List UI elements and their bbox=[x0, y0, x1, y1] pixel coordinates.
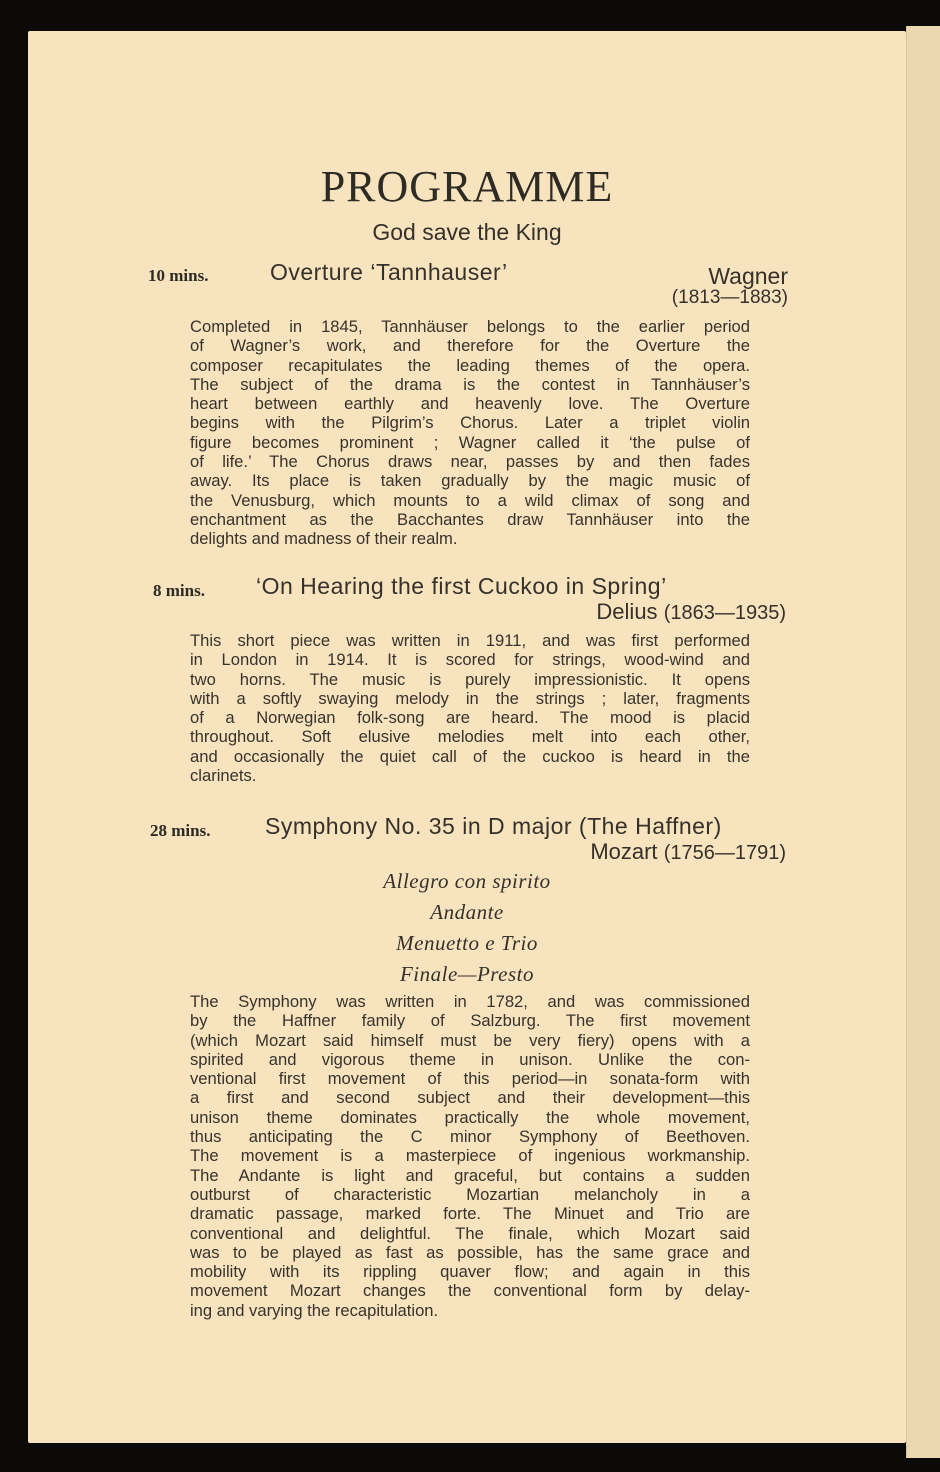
work-title: Symphony No. 35 in D major (The Haffner) bbox=[265, 813, 722, 840]
composer-with-dates: Mozart (1756—1791) bbox=[590, 839, 786, 865]
text-line: of a Norwegian folk-song are heard. The … bbox=[190, 708, 750, 727]
text-line: unison theme dominates practically the w… bbox=[190, 1108, 750, 1127]
description: The Symphony was written in 1782, and wa… bbox=[190, 992, 750, 1320]
text-line: mobility with its rippling quaver flow; … bbox=[190, 1262, 750, 1281]
text-line: was to be played as fast as possible, ha… bbox=[190, 1243, 750, 1262]
text-line: ventional first movement of this period—… bbox=[190, 1069, 750, 1088]
text-line: This short piece was written in 1911, an… bbox=[190, 631, 750, 650]
text-line: begins with the Pilgrim’s Chorus. Later … bbox=[190, 413, 750, 432]
text-line: The subject of the drama is the contest … bbox=[190, 375, 750, 394]
text-line: of Wagner’s work, and therefore for the … bbox=[190, 336, 750, 355]
text-line: The movement is a masterpiece of ingenio… bbox=[190, 1146, 750, 1165]
composer: Wagner bbox=[708, 263, 788, 290]
movement: Allegro con spirito bbox=[28, 869, 906, 894]
text-line: figure becomes prominent ; Wagner called… bbox=[190, 433, 750, 452]
text-line: (which Mozart said himself must be very … bbox=[190, 1031, 750, 1050]
text-line: away. Its place is taken gradually by th… bbox=[190, 471, 750, 490]
text-line: ing and varying the recapitulation. bbox=[190, 1301, 750, 1320]
description: This short piece was written in 1911, an… bbox=[190, 631, 750, 785]
text-line: throughout. Soft elusive melodies melt i… bbox=[190, 727, 750, 746]
composer: Delius bbox=[596, 599, 657, 624]
duration: 8 mins. bbox=[153, 581, 205, 601]
duration: 28 mins. bbox=[150, 821, 210, 841]
text-line: and occasionally the quiet call of the c… bbox=[190, 747, 750, 766]
composer-with-dates: Delius (1863—1935) bbox=[596, 599, 786, 625]
text-line: a first and second subject and their dev… bbox=[190, 1088, 750, 1107]
text-line: heart between earthly and heavenly love.… bbox=[190, 394, 750, 413]
composer-dates: (1756—1791) bbox=[664, 842, 786, 864]
text-line: conventional and delightful. The finale,… bbox=[190, 1224, 750, 1243]
text-line: outburst of characteristic Mozartian mel… bbox=[190, 1185, 750, 1204]
text-line: The Andante is light and graceful, but c… bbox=[190, 1166, 750, 1185]
text-line: The Symphony was written in 1782, and wa… bbox=[190, 992, 750, 1011]
work-title: ‘On Hearing the first Cuckoo in Spring’ bbox=[256, 573, 667, 600]
anthem-line: God save the King bbox=[28, 219, 906, 246]
movement: Finale—Presto bbox=[28, 962, 906, 987]
duration: 10 mins. bbox=[148, 266, 208, 286]
text-line: two horns. The music is purely impressio… bbox=[190, 670, 750, 689]
composer: Mozart bbox=[590, 839, 657, 864]
composer-dates: (1813—1883) bbox=[672, 287, 788, 309]
text-line: in London in 1914. It is scored for stri… bbox=[190, 650, 750, 669]
text-line: the Venusburg, which mounts to a wild cl… bbox=[190, 491, 750, 510]
page-title: PROGRAMME bbox=[28, 161, 906, 212]
text-line: composer recapitulates the leading theme… bbox=[190, 356, 750, 375]
text-line: movement Mozart changes the conventional… bbox=[190, 1281, 750, 1300]
text-line: Completed in 1845, Tannhäuser belongs to… bbox=[190, 317, 750, 336]
text-line: dramatic passage, marked forte. The Minu… bbox=[190, 1204, 750, 1223]
text-line: clarinets. bbox=[190, 766, 750, 785]
text-line: by the Haffner family of Salzburg. The f… bbox=[190, 1011, 750, 1030]
text-line: thus anticipating the C minor Symphony o… bbox=[190, 1127, 750, 1146]
movement: Andante bbox=[28, 900, 906, 925]
next-page-edge bbox=[906, 26, 940, 1458]
text-line: of life.’ The Chorus draws near, passes … bbox=[190, 452, 750, 471]
movement: Menuetto e Trio bbox=[28, 931, 906, 956]
text-line: spirited and vigorous theme in unison. U… bbox=[190, 1050, 750, 1069]
composer-dates: (1863—1935) bbox=[664, 602, 786, 624]
text-line: enchantment as the Bacchantes draw Tannh… bbox=[190, 510, 750, 529]
text-line: delights and madness of their realm. bbox=[190, 529, 750, 548]
description: Completed in 1845, Tannhäuser belongs to… bbox=[190, 317, 750, 549]
text-line: with a softly swaying melody in the stri… bbox=[190, 689, 750, 708]
programme-page: PROGRAMME God save the King 10 mins. Ove… bbox=[28, 31, 906, 1443]
work-title: Overture ‘Tannhauser’ bbox=[270, 259, 508, 286]
